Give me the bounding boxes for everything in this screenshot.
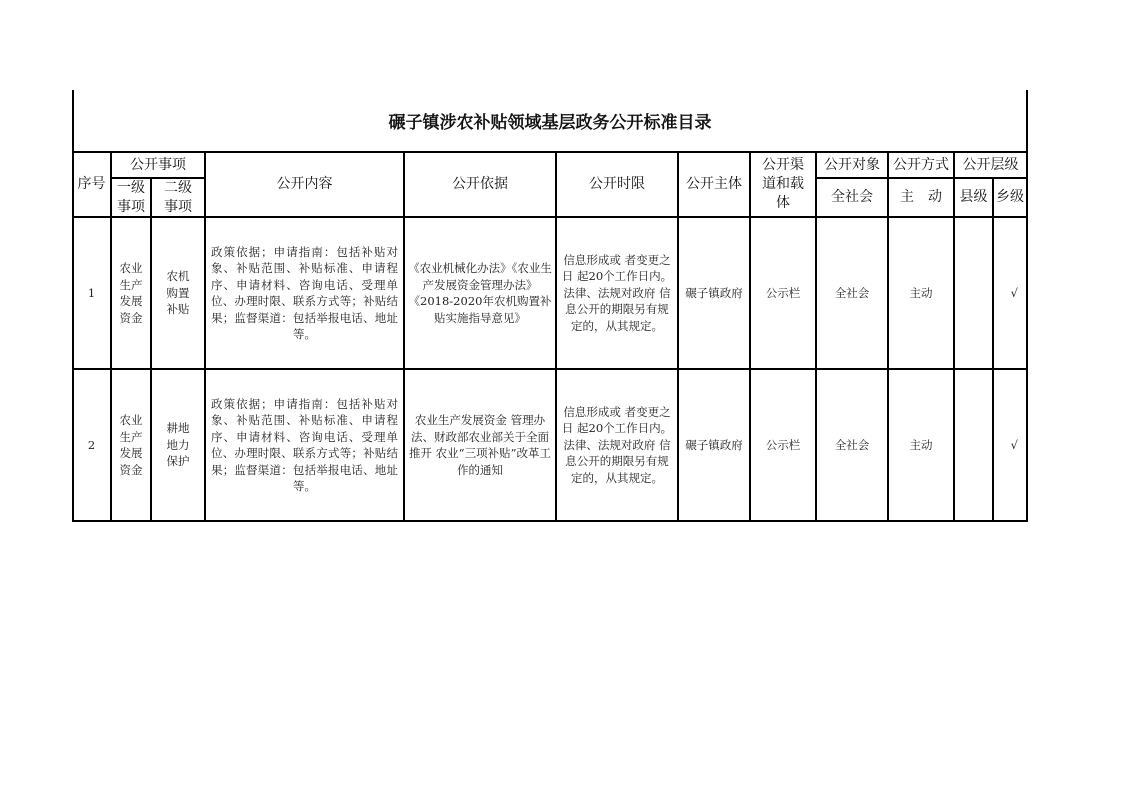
header-time-limit: 公开时限 bbox=[556, 152, 678, 217]
page-title: 碾子镇涉农补贴领域基层政务公开标准目录 bbox=[72, 90, 1028, 151]
row-content: 政策依据；申请指南：包括补贴对象、补贴范围、补贴标准、申请程序、申请材料、咨询电… bbox=[205, 217, 404, 369]
header-tier-group: 公开层级 bbox=[954, 152, 1027, 178]
row-tier-township-check: √ bbox=[993, 217, 1027, 369]
header-matter-group: 公开事项 bbox=[111, 152, 205, 178]
header-channel: 公开渠道和载体 bbox=[750, 152, 816, 217]
row-tier-township-check: √ bbox=[993, 369, 1027, 521]
row-subject: 碾子镇政府 bbox=[678, 217, 750, 369]
row-audience: 全社会 bbox=[816, 369, 888, 521]
header-method-group: 公开方式 bbox=[888, 152, 954, 178]
header-method: 主 动 bbox=[888, 178, 954, 217]
header-level1: 一级事项 bbox=[111, 178, 151, 217]
row-channel: 公示栏 bbox=[750, 369, 816, 521]
row-channel: 公示栏 bbox=[750, 217, 816, 369]
row-level1: 农业生产发展资金 bbox=[111, 369, 151, 521]
header-index: 序号 bbox=[72, 152, 111, 217]
header-level2: 二级事项 bbox=[151, 178, 205, 217]
row-content: 政策依据；申请指南：包括补贴对象、补贴范围、补贴标准、申请程序、申请材料、咨询电… bbox=[205, 369, 404, 521]
row-tier-county bbox=[954, 369, 993, 521]
header-audience: 全社会 bbox=[816, 178, 888, 217]
header-tier-township: 乡级 bbox=[993, 178, 1027, 217]
row-level1: 农业生产发展资金 bbox=[111, 217, 151, 369]
header-basis: 公开依据 bbox=[404, 152, 556, 217]
header-content: 公开内容 bbox=[205, 152, 404, 217]
header-audience-group: 公开对象 bbox=[816, 152, 888, 178]
header-subject: 公开主体 bbox=[678, 152, 750, 217]
row-basis: 农业生产发展资金 管理办法、财政部农业部关于全面推开 农业“三项补贴”改革工作的… bbox=[404, 369, 556, 521]
row-subject: 碾子镇政府 bbox=[678, 369, 750, 521]
row-audience: 全社会 bbox=[816, 217, 888, 369]
row-tier-county bbox=[954, 217, 993, 369]
header-tier-county: 县级 bbox=[954, 178, 993, 217]
row-time-limit: 信息形成或 者变更之日 起20个工作日内。法律、法规对政府 信息公开的期限另有规… bbox=[556, 217, 678, 369]
row-basis: 《农业机械化办法》《农业生产发展资金管理办法》《2018-2020年农机购置补贴… bbox=[404, 217, 556, 369]
row-level2: 耕地地力保护 bbox=[151, 369, 205, 521]
row-index: 1 bbox=[72, 217, 111, 369]
row-index: 2 bbox=[72, 369, 111, 521]
row-level2: 农机购置补贴 bbox=[151, 217, 205, 369]
row-time-limit: 信息形成或 者变更之日 起20个工作日内。法律、法规对政府 信息公开的期限另有规… bbox=[556, 369, 678, 521]
row-method: 主动 bbox=[888, 369, 954, 521]
row-method: 主动 bbox=[888, 217, 954, 369]
